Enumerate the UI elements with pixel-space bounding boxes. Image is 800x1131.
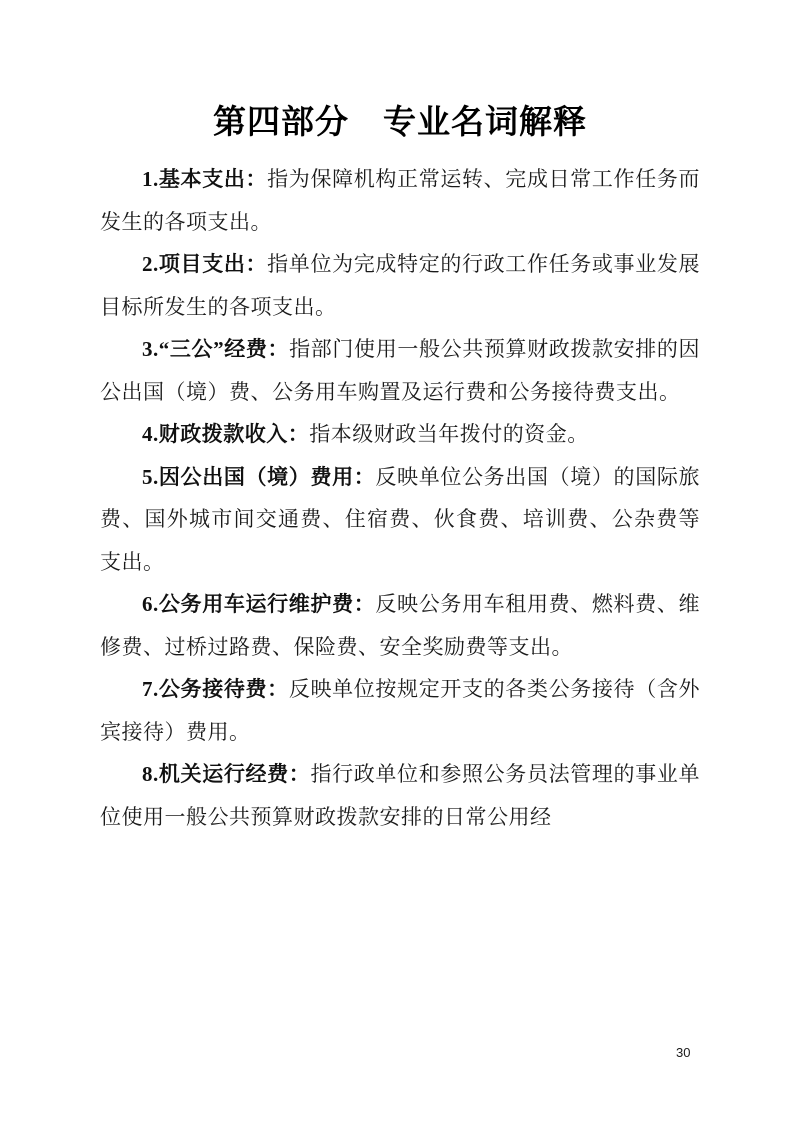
- term-label: 3.“三公”经费：: [142, 337, 289, 361]
- term-paragraph-agency-operating-funds: 8.机关运行经费：指行政单位和参照公务员法管理的事业单位使用一般公共预算财政拨款…: [100, 753, 700, 838]
- term-paragraph-project-expenditure: 2.项目支出：指单位为完成特定的行政工作任务或事业发展目标所发生的各项支出。: [100, 243, 700, 328]
- term-label: 4.财政拨款收入：: [142, 422, 309, 446]
- term-definition: 指本级财政当年拨付的资金。: [309, 422, 589, 446]
- term-label: 5.因公出国（境）费用：: [142, 465, 375, 489]
- term-paragraph-three-public-funds: 3.“三公”经费：指部门使用一般公共预算财政拨款安排的因公出国（境）费、公务用车…: [100, 328, 700, 413]
- document-content: 第四部分 专业名词解释 1.基本支出：指为保障机构正常运转、完成日常工作任务而发…: [0, 0, 800, 838]
- term-label: 2.项目支出：: [142, 252, 267, 276]
- term-paragraph-official-vehicle-expense: 6.公务用车运行维护费：反映公务用车租用费、燃料费、维修费、过桥过路费、保险费、…: [100, 583, 700, 668]
- page-title: 第四部分 专业名词解释: [100, 100, 700, 147]
- term-label: 1.基本支出：: [142, 167, 267, 191]
- document-page: 第四部分 专业名词解释 1.基本支出：指为保障机构正常运转、完成日常工作任务而发…: [0, 0, 800, 1131]
- term-paragraph-basic-expenditure: 1.基本支出：指为保障机构正常运转、完成日常工作任务而发生的各项支出。: [100, 158, 700, 243]
- term-paragraph-fiscal-appropriation-income: 4.财政拨款收入：指本级财政当年拨付的资金。: [100, 413, 700, 456]
- term-paragraph-overseas-travel-expense: 5.因公出国（境）费用：反映单位公务出国（境）的国际旅费、国外城市间交通费、住宿…: [100, 456, 700, 584]
- term-label: 8.机关运行经费：: [142, 762, 310, 786]
- term-paragraph-official-reception-expense: 7.公务接待费：反映单位按规定开支的各类公务接待（含外宾接待）费用。: [100, 668, 700, 753]
- term-label: 7.公务接待费：: [142, 677, 289, 701]
- page-number: 30: [676, 1044, 690, 1062]
- term-label: 6.公务用车运行维护费：: [142, 592, 375, 616]
